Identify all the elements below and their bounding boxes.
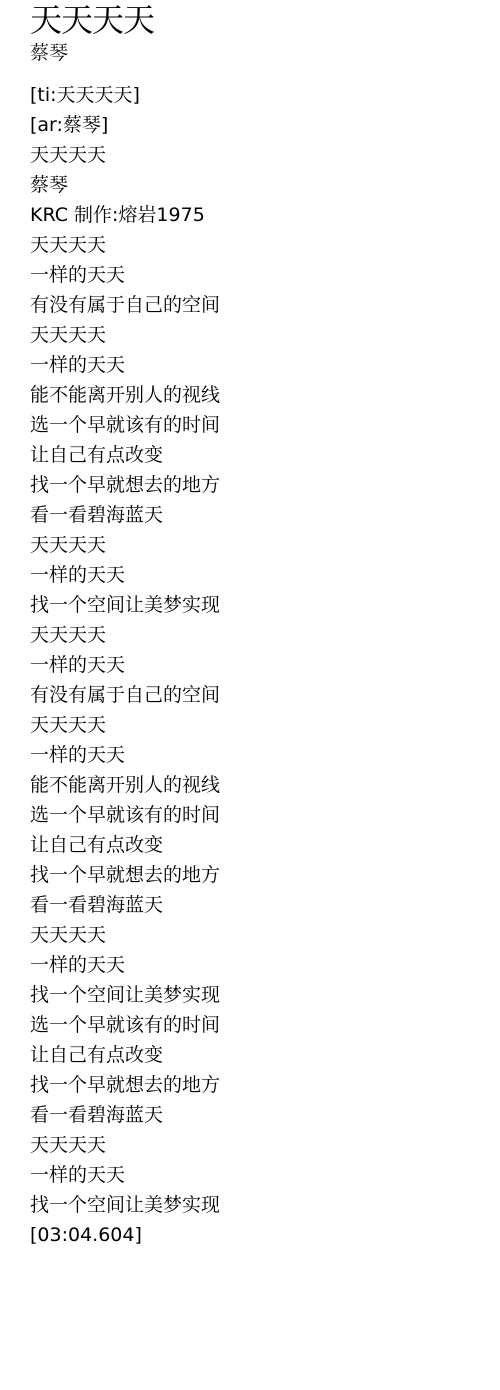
lyric-line: 找一个早就想去的地方 [30, 1070, 490, 1100]
lyric-line: 让自己有点改变 [30, 830, 490, 860]
lyric-line: 天天天天 [30, 230, 490, 260]
lyrics-page: 天天天天 蔡琴 [ti:天天天天][ar:蔡琴]天天天天蔡琴KRC 制作:熔岩1… [30, 0, 490, 1266]
lyric-line: 找一个早就想去的地方 [30, 860, 490, 890]
lyric-line: 选一个早就该有的时间 [30, 800, 490, 830]
lyric-line: 一样的天天 [30, 740, 490, 770]
lyric-line: 选一个早就该有的时间 [30, 1010, 490, 1040]
lyric-line: 让自己有点改变 [30, 1040, 490, 1070]
lyric-line: 一样的天天 [30, 650, 490, 680]
lyric-line: 有没有属于自己的空间 [30, 290, 490, 320]
lyric-line: 一样的天天 [30, 260, 490, 290]
lyric-line: 让自己有点改变 [30, 440, 490, 470]
lyric-line: 能不能离开别人的视线 [30, 770, 490, 800]
lyric-line: 找一个空间让美梦实现 [30, 980, 490, 1010]
lyric-line: 一样的天天 [30, 350, 490, 380]
lyric-line: 天天天天 [30, 620, 490, 650]
lyric-line: KRC 制作:熔岩1975 [30, 200, 490, 230]
lyric-line: 找一个早就想去的地方 [30, 470, 490, 500]
lyric-line: 看一看碧海蓝天 [30, 890, 490, 920]
lyric-line: 看一看碧海蓝天 [30, 1100, 490, 1130]
song-title: 天天天天 [30, 0, 490, 40]
lyric-line: 看一看碧海蓝天 [30, 500, 490, 530]
lyric-line: 天天天天 [30, 320, 490, 350]
lyric-line: 一样的天天 [30, 950, 490, 980]
lyric-line: 一样的天天 [30, 560, 490, 590]
lyric-line: 天天天天 [30, 140, 490, 170]
lyric-line: 天天天天 [30, 530, 490, 560]
song-artist: 蔡琴 [30, 40, 490, 66]
lyric-line: 找一个空间让美梦实现 [30, 590, 490, 620]
lyric-line: [03:04.604] [30, 1220, 490, 1250]
lyric-line: 找一个空间让美梦实现 [30, 1190, 490, 1220]
lyric-line: 天天天天 [30, 710, 490, 740]
lyric-line: 一样的天天 [30, 1160, 490, 1190]
lyric-line: 蔡琴 [30, 170, 490, 200]
lyric-line: 天天天天 [30, 920, 490, 950]
lyric-line: 选一个早就该有的时间 [30, 410, 490, 440]
lyric-line: 能不能离开别人的视线 [30, 380, 490, 410]
lyrics-list: [ti:天天天天][ar:蔡琴]天天天天蔡琴KRC 制作:熔岩1975天天天天一… [30, 80, 490, 1250]
lyric-line: [ti:天天天天] [30, 80, 490, 110]
lyric-line: 有没有属于自己的空间 [30, 680, 490, 710]
lyric-line: [ar:蔡琴] [30, 110, 490, 140]
lyric-line: 天天天天 [30, 1130, 490, 1160]
